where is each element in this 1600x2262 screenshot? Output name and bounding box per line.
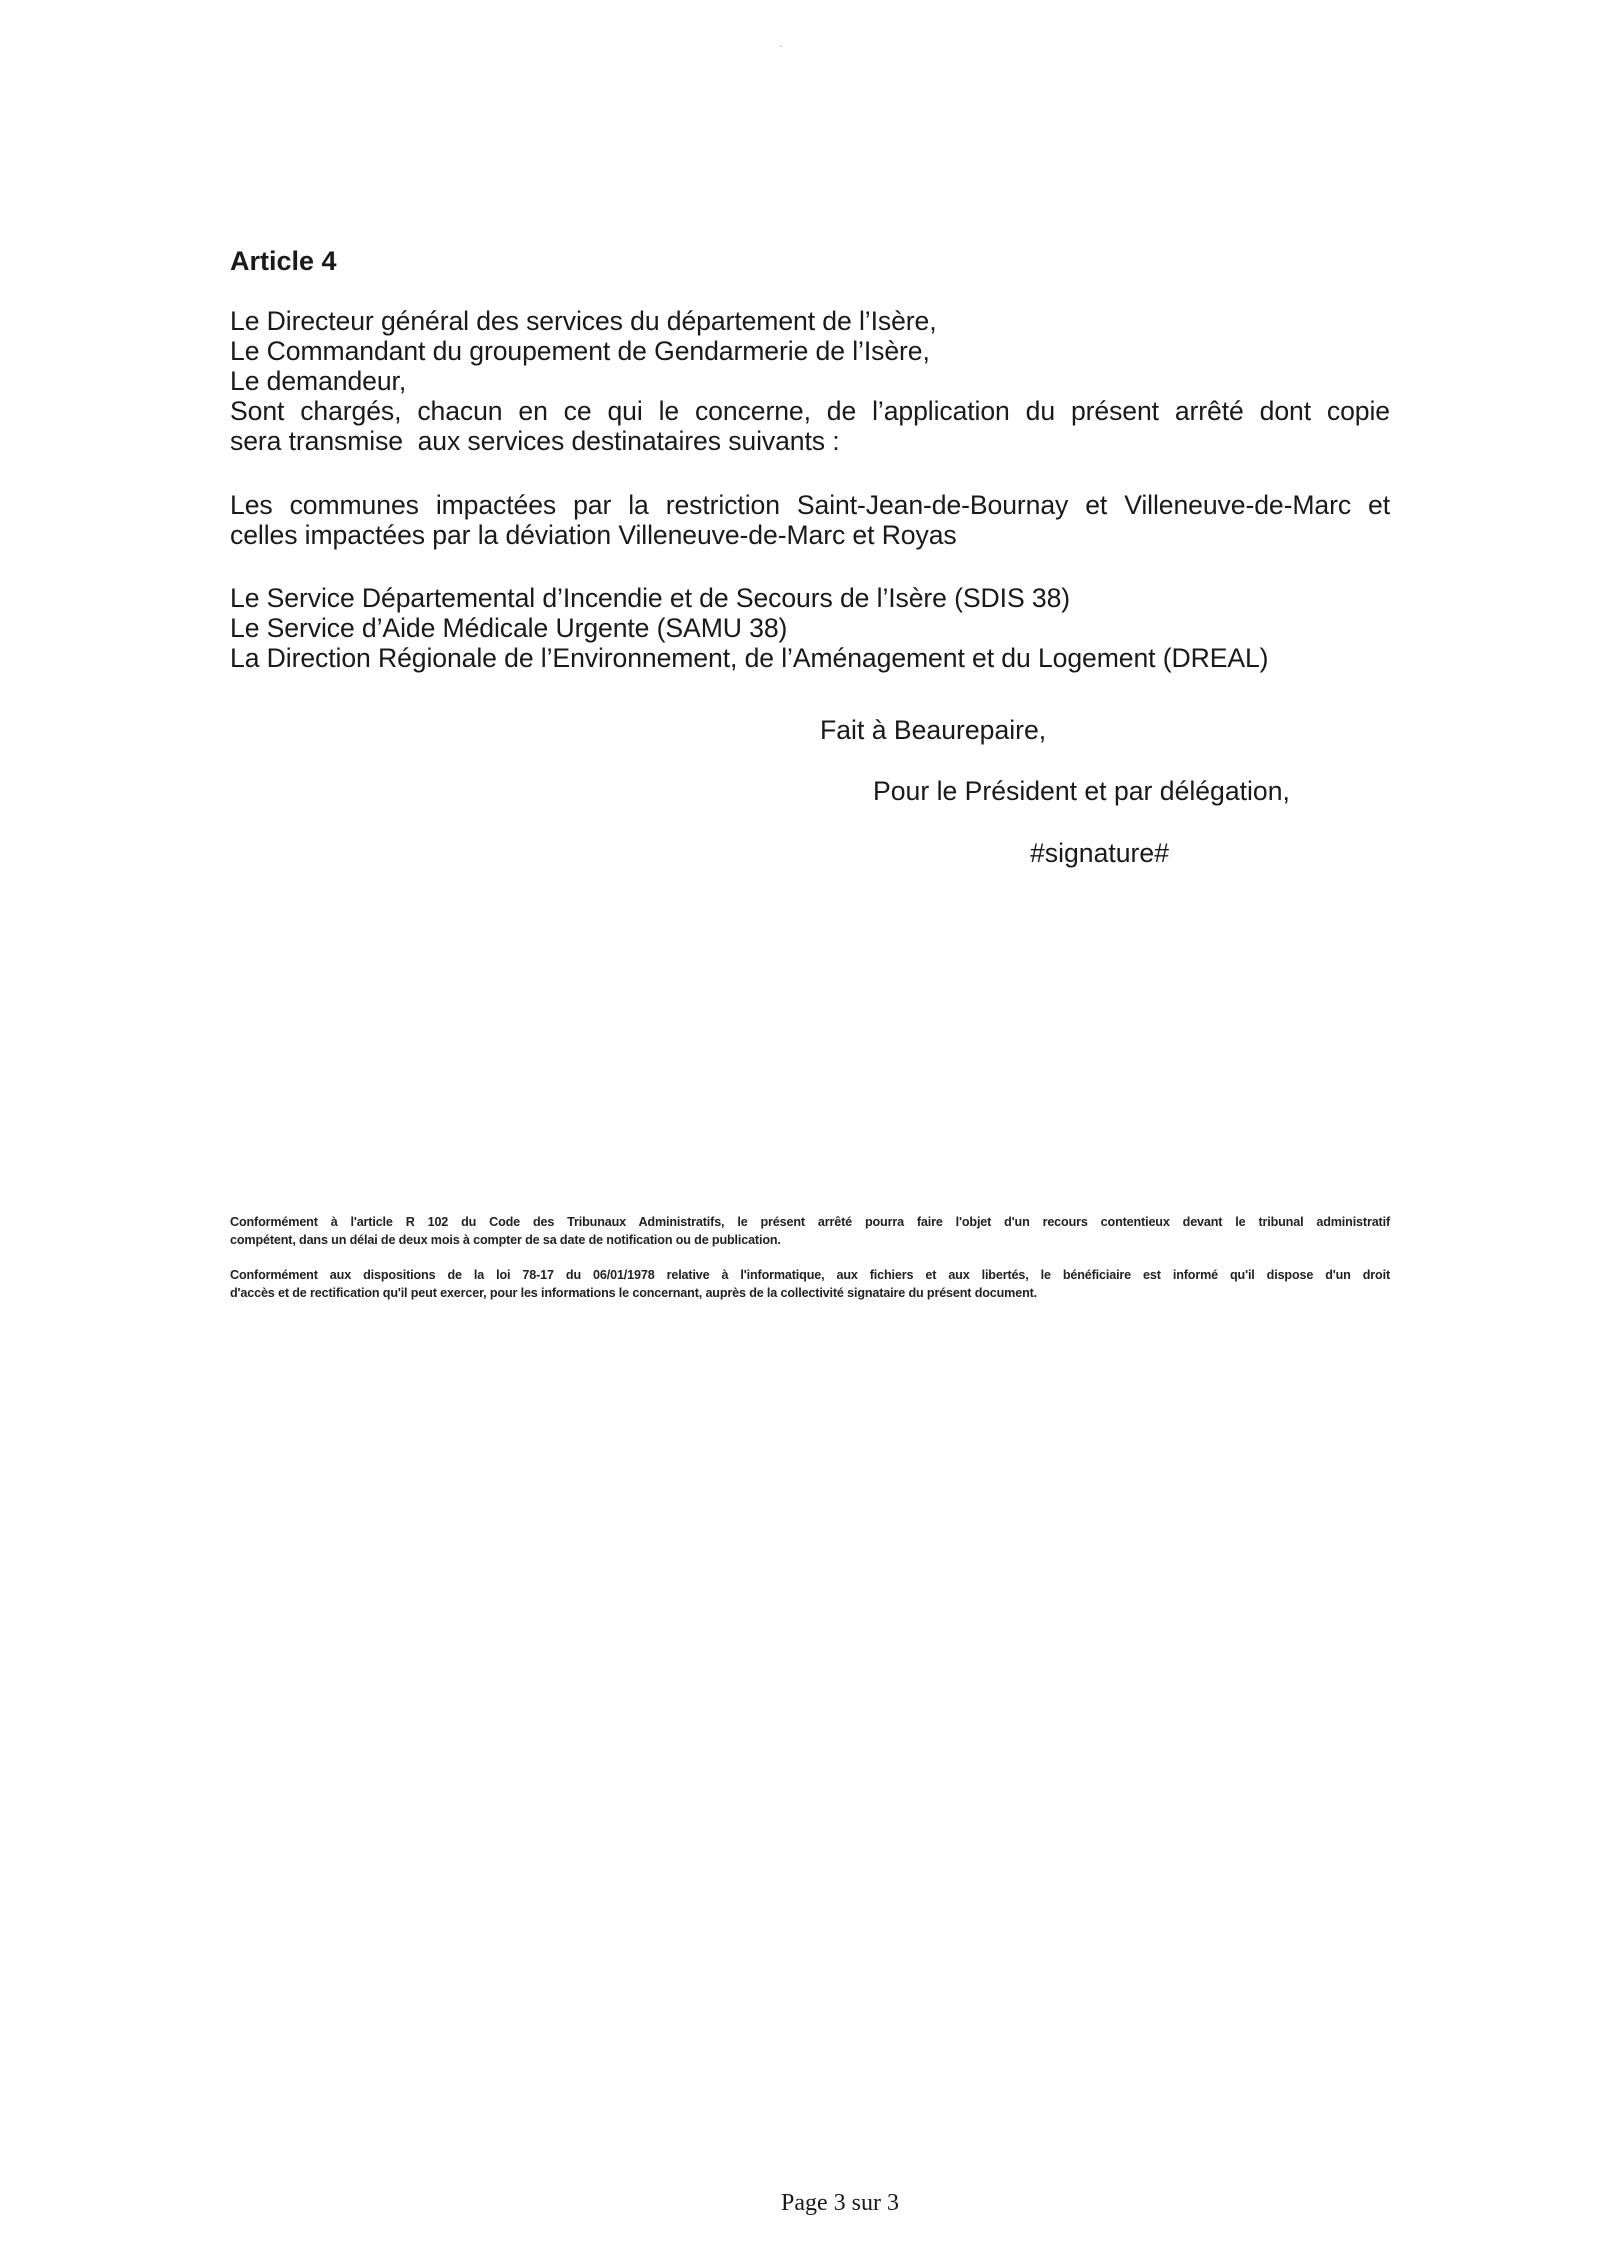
page-number: Page 3 sur 3 [0, 2188, 1600, 2218]
legal-line: d'accès et de rectification qu'il peut e… [230, 1285, 1390, 1303]
services-list: Le Service Départemental d’Incendie et d… [230, 583, 1390, 673]
signature-delegation: Pour le Président et par délégation, [873, 776, 1290, 806]
communes-line: Les communes impactées par la restrictio… [230, 490, 1390, 520]
legal-line: Conformément à l'article R 102 du Code d… [230, 1214, 1390, 1232]
communes-paragraph: Les communes impactées par la restrictio… [230, 490, 1390, 550]
charge-line: sera transmise aux services destinataire… [230, 426, 1390, 456]
scan-speck [780, 45, 782, 47]
legal-notice-appeal: Conformément à l'article R 102 du Code d… [230, 1214, 1390, 1249]
legal-line: Conformément aux dispositions de la loi … [230, 1267, 1390, 1285]
recipient-line: Le Commandant du groupement de Gendarmer… [230, 336, 1390, 366]
service-item: Le Service d’Aide Médicale Urgente (SAMU… [230, 613, 1390, 643]
charge-line: Sont chargés, chacun en ce qui le concer… [230, 396, 1390, 426]
legal-line: compétent, dans un délai de deux mois à … [230, 1232, 1390, 1250]
communes-line: celles impactées par la déviation Villen… [230, 520, 1390, 550]
service-item: Le Service Départemental d’Incendie et d… [230, 583, 1390, 613]
service-item: La Direction Régionale de l’Environnemen… [230, 643, 1390, 673]
signature-placeholder: #signature# [1030, 838, 1169, 868]
article-title: Article 4 [230, 245, 337, 277]
document-page: Article 4 Le Directeur général des servi… [0, 0, 1600, 2262]
legal-notice-privacy: Conformément aux dispositions de la loi … [230, 1267, 1390, 1302]
recipient-line: Le Directeur général des services du dép… [230, 306, 1390, 336]
recipient-line: Le demandeur, [230, 366, 1390, 396]
recipients-paragraph: Le Directeur général des services du dép… [230, 306, 1390, 456]
signature-place: Fait à Beaurepaire, [820, 715, 1046, 745]
